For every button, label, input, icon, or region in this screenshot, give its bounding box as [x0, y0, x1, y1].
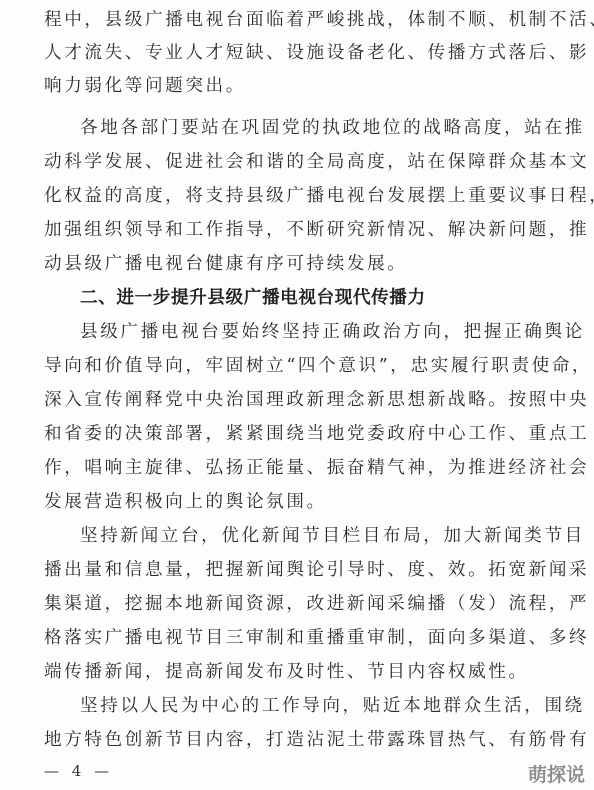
body-line: 作，唱响主旋律、弘扬正能量、振奋精气神，为推进经济社会: [44, 456, 550, 480]
body-line: 导向和价值导向，牢固树立“四个意识”，忠实履行职责使命，: [44, 354, 550, 378]
body-line: 集渠道，挖掘本地新闻资源，改进新闻采编播（发）流程，严: [44, 592, 550, 616]
body-line: 加强组织领导和工作指导，不断研究新情况、解决新问题，推: [44, 218, 550, 242]
body-line: 坚持以人民为中心的工作导向，贴近本地群众生活，围绕: [80, 694, 550, 718]
body-line: 程中，县级广播电视台面临着严峻挑战，体制不顺、机制不活、: [44, 8, 550, 32]
body-line: 化权益的高度，将支持县级广播电视台发展摆上重要议事日程，: [44, 184, 550, 208]
body-line: 坚持新闻立台，优化新闻节目栏目布局，加大新闻类节目: [80, 524, 550, 548]
body-line: 发展营造积极向上的舆论氛围。: [44, 490, 550, 514]
body-line: 播出量和信息量，把握新闻舆论引导时、度、效。拓宽新闻采: [44, 558, 550, 582]
watermark-logo: 萌探说: [528, 760, 585, 787]
body-line: 地方特色创新节目内容，打造沾泥土带露珠冒热气、有筋骨有: [44, 728, 550, 752]
body-line: 动科学发展、促进社会和谐的全局高度，站在保障群众基本文: [44, 150, 550, 174]
body-line: 端传播新闻，提高新闻发布及时性、节目内容权威性。: [44, 660, 550, 684]
body-line: 人才流失、专业人才短缺、设施设备老化、传播方式落后、影: [44, 41, 550, 65]
section-heading: 二、进一步提升县级广播电视台现代传播力: [80, 286, 426, 310]
body-line: 响力弱化等问题突出。: [44, 74, 550, 98]
document-page: 程中，县级广播电视台面临着严峻挑战，体制不顺、机制不活、 人才流失、专业人才短缺…: [0, 0, 594, 790]
body-line: 格落实广播电视节目三审制和重播重审制，面向多渠道、多终: [44, 626, 550, 650]
body-line: 和省委的决策部署，紧紧围绕当地党委政府中心工作、重点工: [44, 422, 550, 446]
body-line: 县级广播电视台要始终坚持正确政治方向，把握正确舆论: [80, 320, 550, 344]
body-line: 动县级广播电视台健康有序可持续发展。: [44, 252, 550, 276]
body-line: 各地各部门要站在巩固党的执政地位的战略高度，站在推: [80, 116, 550, 140]
body-line: 深入宣传阐释党中央治国理政新理念新思想新战略。按照中央: [44, 388, 550, 412]
page-number: — 4 —: [44, 762, 113, 780]
